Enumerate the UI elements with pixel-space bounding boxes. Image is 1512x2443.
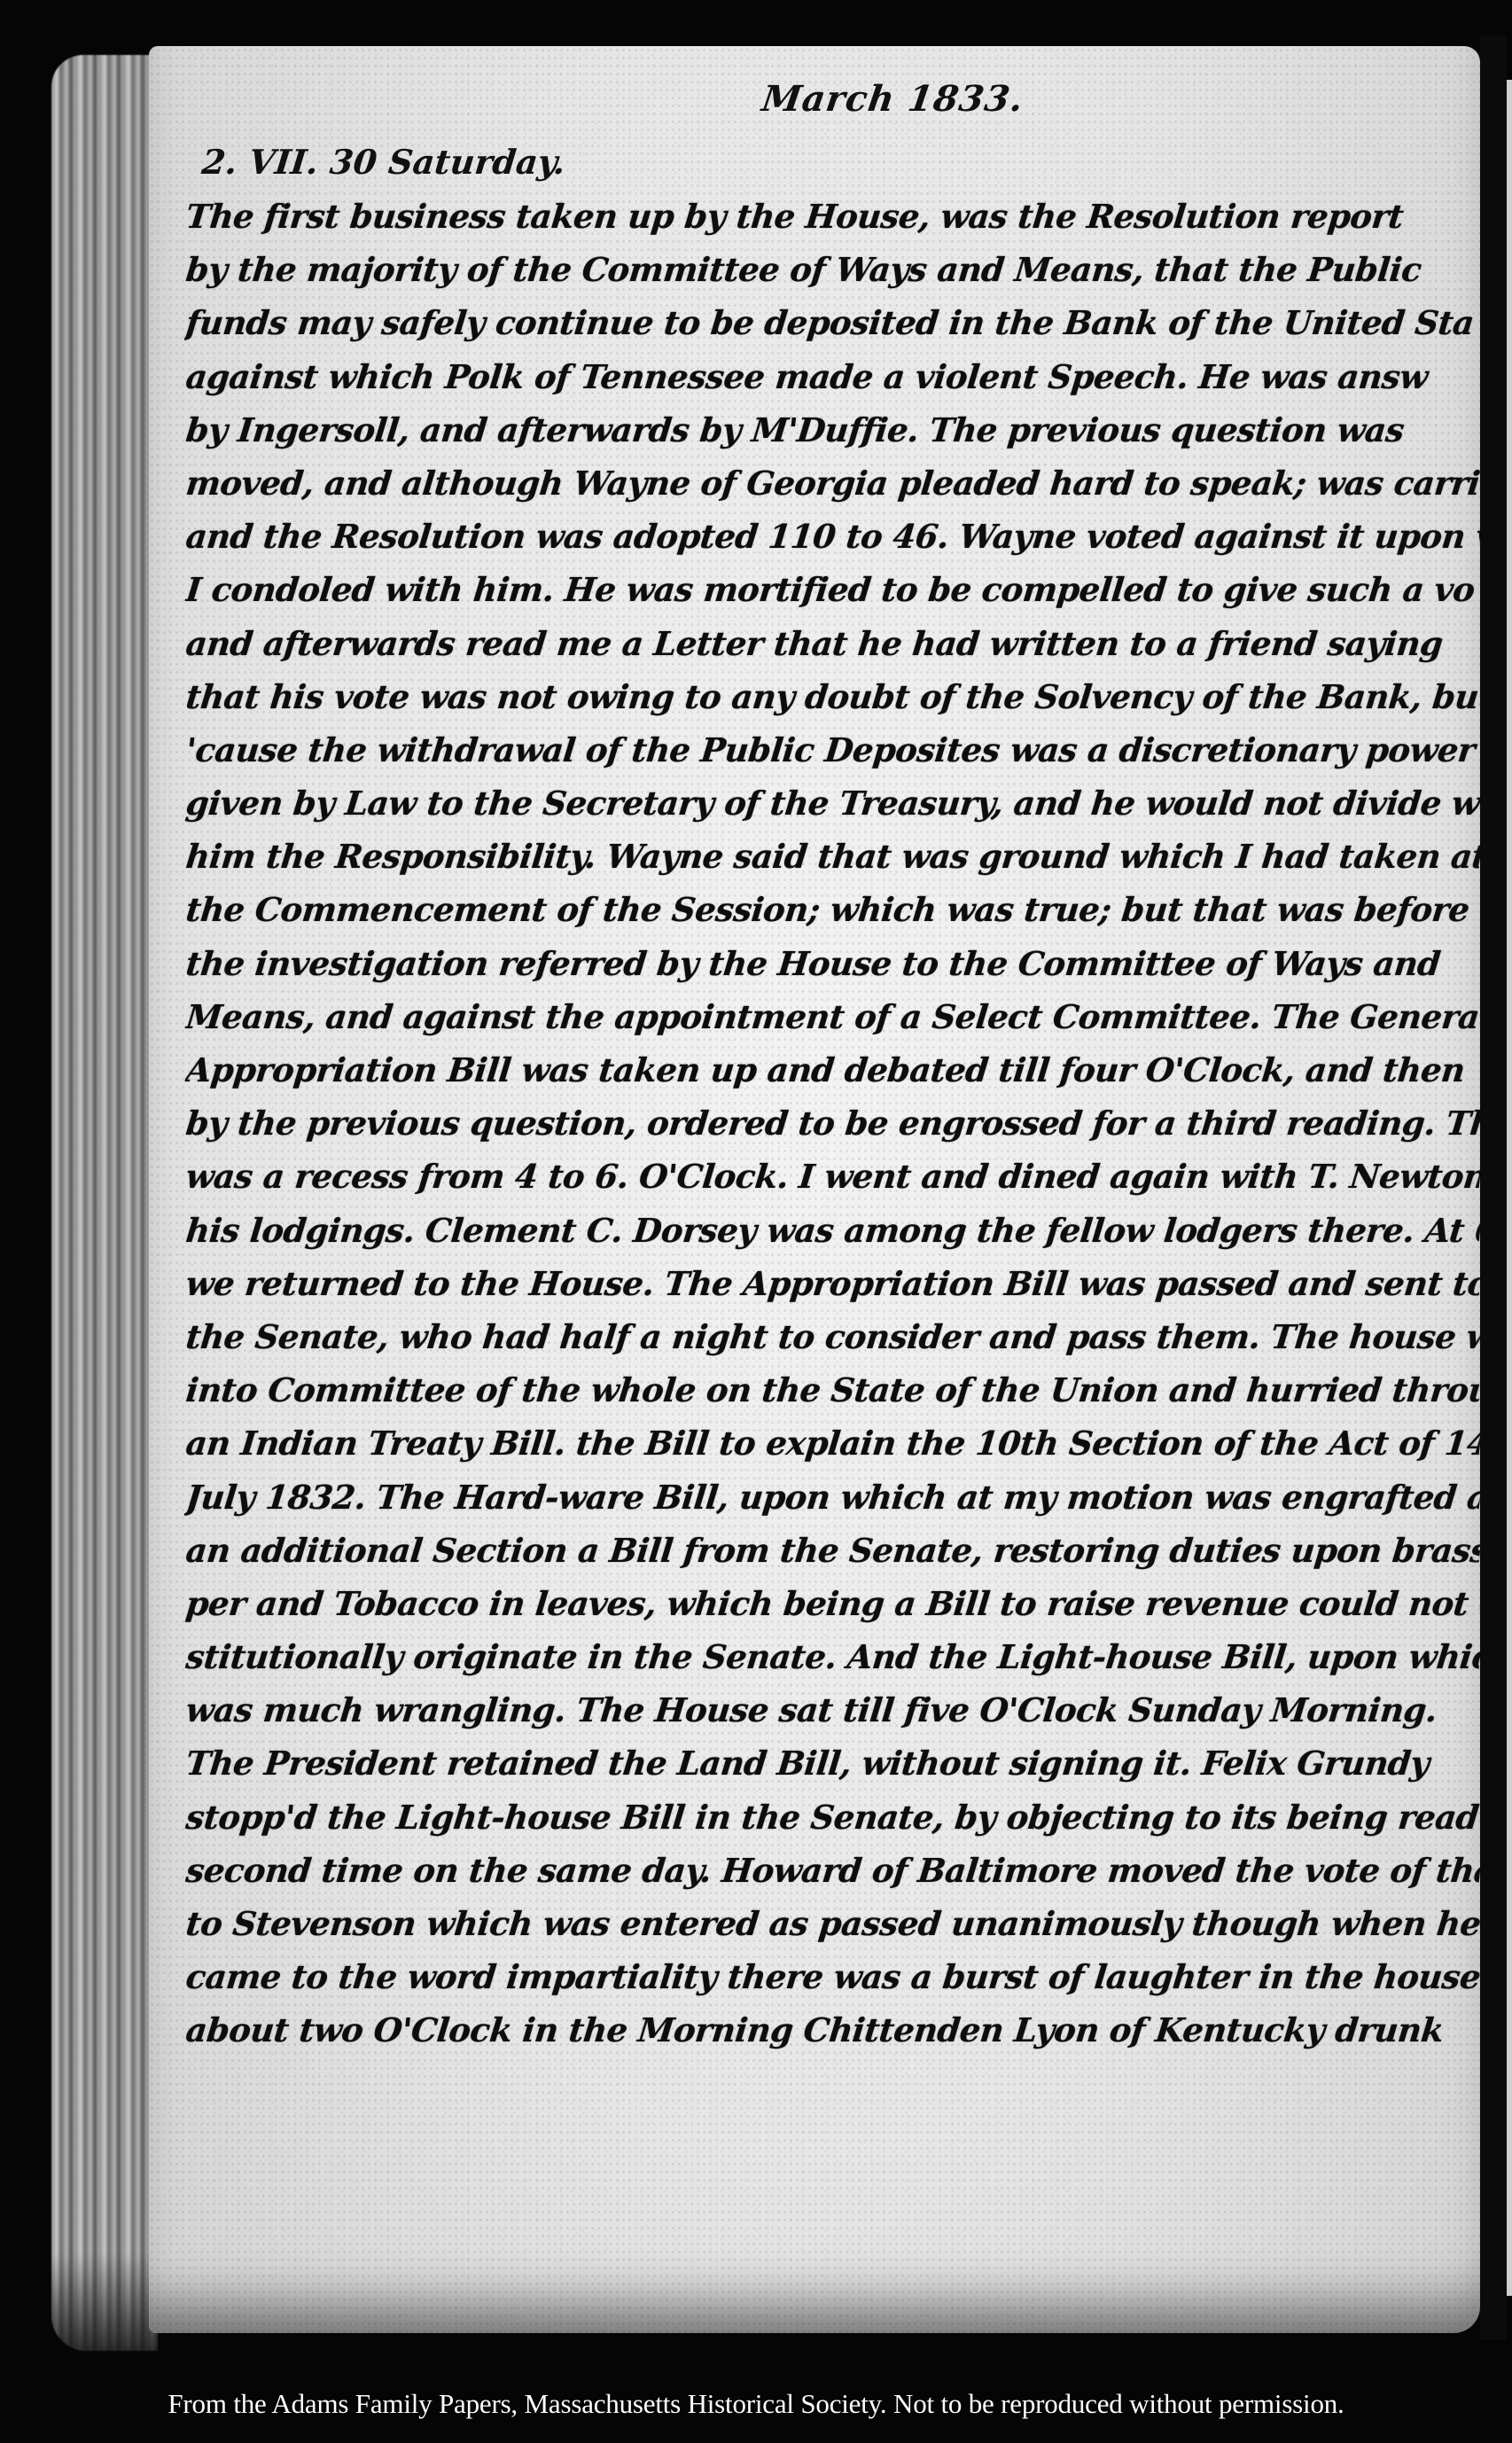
text-line: funds may safely continue to be deposite…: [183, 296, 1483, 349]
text-line: was a recess from 4 to 6. O'Clock. I wen…: [183, 1150, 1483, 1203]
text-line: and the Resolution was adopted 110 to 46…: [183, 510, 1483, 563]
text-line: I condoled with him. He was mortified to…: [183, 563, 1483, 616]
text-line: the investigation referred by the House …: [183, 937, 1483, 990]
text-line: Means, and against the appointment of a …: [183, 990, 1483, 1043]
text-line: that his vote was not owing to any doubt…: [183, 670, 1483, 723]
text-line: The President retained the Land Bill, wi…: [183, 1737, 1483, 1790]
text-line: against which Polk of Tennessee made a v…: [183, 350, 1483, 403]
text-line: him the Responsibility. Wayne said that …: [183, 830, 1483, 883]
text-line: by the majority of the Committee of Ways…: [183, 243, 1483, 296]
text-line: 'cause the withdrawal of the Public Depo…: [183, 723, 1483, 777]
copyright-caption: From the Adams Family Papers, Massachuse…: [0, 2388, 1512, 2420]
text-line: his lodgings. Clement C. Dorsey was amon…: [183, 1204, 1483, 1257]
page-heading-month-year: March 1833.: [760, 78, 1026, 120]
text-line: per and Tobacco in leaves, which being a…: [183, 1577, 1483, 1630]
text-line: was much wrangling. The House sat till f…: [183, 1683, 1483, 1737]
book-page-edges: [51, 55, 158, 2351]
text-line: stopp'd the Light-house Bill in the Sena…: [183, 1791, 1483, 1844]
text-line: into Committee of the whole on the State…: [183, 1363, 1483, 1417]
text-line: and afterwards read me a Letter that he …: [183, 617, 1483, 670]
text-line: about two O'Clock in the Morning Chitten…: [183, 2003, 1483, 2057]
diary-entry-date: 2. VII. 30 Saturday.: [200, 142, 568, 182]
text-line: by Ingersoll, and afterwards by M'Duffie…: [183, 403, 1483, 457]
text-line: The first business taken up by the House…: [183, 190, 1483, 243]
text-line: came to the word impartiality there was …: [183, 1950, 1483, 2003]
text-line: the Senate, who had half a night to cons…: [183, 1310, 1483, 1363]
text-line: we returned to the House. The Appropriat…: [183, 1257, 1483, 1310]
text-line: to Stevenson which was entered as passed…: [183, 1897, 1483, 1950]
text-line: an additional Section a Bill from the Se…: [183, 1524, 1483, 1577]
text-line: given by Law to the Secretary of the Tre…: [183, 777, 1483, 830]
text-line: the Commencement of the Session; which w…: [183, 883, 1483, 936]
text-line: by the previous question, ordered to be …: [183, 1097, 1483, 1150]
text-line: second time on the same day. Howard of B…: [183, 1844, 1483, 1897]
handwritten-text-body: The first business taken up by the House…: [186, 190, 1480, 2057]
text-line: Appropriation Bill was taken up and deba…: [183, 1043, 1483, 1097]
scan-background: March 1833. 2. VII. 30 Saturday. The fir…: [0, 0, 1512, 2443]
text-line: July 1832. The Hard-ware Bill, upon whic…: [183, 1471, 1483, 1524]
adjacent-page-edge: [1507, 80, 1512, 2296]
text-line: stitutionally originate in the Senate. A…: [183, 1630, 1483, 1683]
gutter-shadow: [1480, 35, 1507, 2340]
text-line: moved, and although Wayne of Georgia ple…: [183, 457, 1483, 510]
text-line: an Indian Treaty Bill. the Bill to expla…: [183, 1417, 1483, 1470]
